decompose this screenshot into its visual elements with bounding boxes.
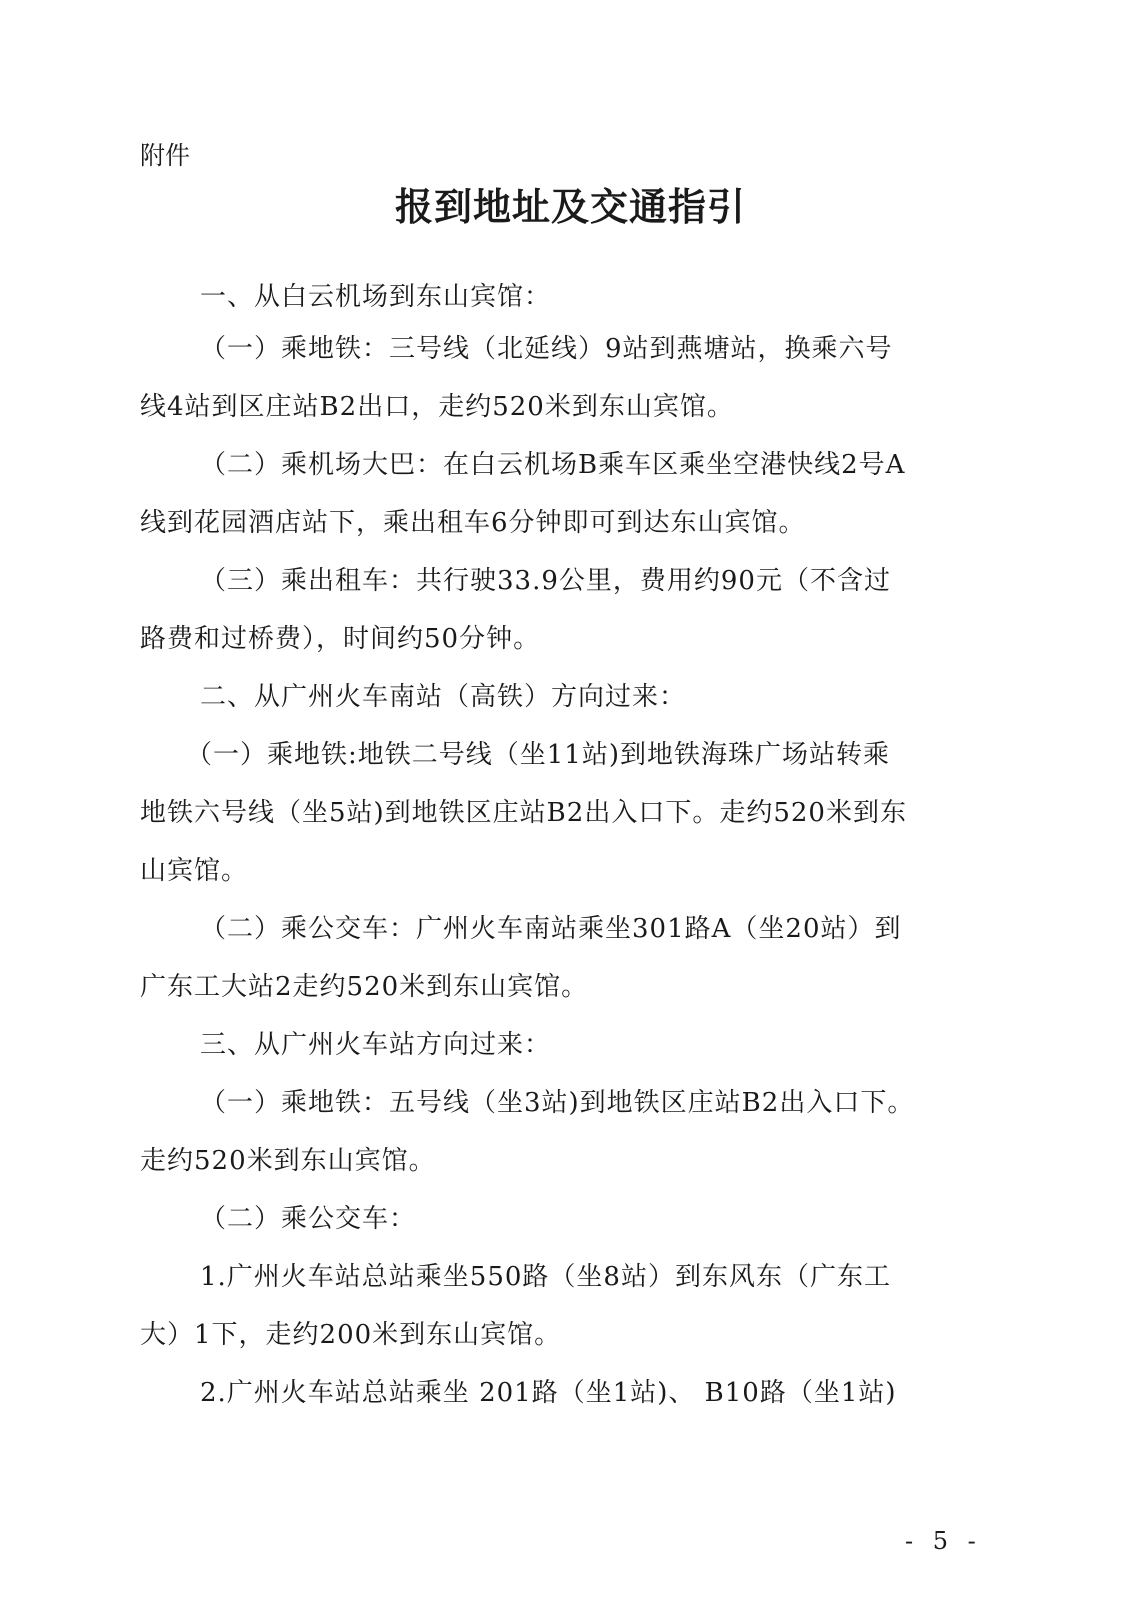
section-heading-south-station: 二、从广州火车南站（高铁）方向过来： — [200, 676, 960, 713]
section-heading-airport: 一、从白云机场到东山宾馆： — [200, 276, 960, 313]
annex-label: 附件 — [140, 136, 190, 172]
paragraph-line: 山宾馆。 — [140, 850, 960, 887]
paragraph-line: 1.广州火车站总站乘坐550路（坐8站）到东风东（广东工 — [200, 1256, 960, 1293]
paragraph-line: 走约520米到东山宾馆。 — [140, 1140, 960, 1177]
paragraph-line: 广东工大站2走约520米到东山宾馆。 — [140, 966, 960, 1003]
page-number: - 5 - — [905, 1527, 982, 1555]
paragraph-line: （一）乘地铁：三号线（北延线）9站到燕塘站，换乘六号 — [200, 328, 960, 365]
paragraph-line: （二）乘公交车：广州火车南站乘坐301路A（坐20站）到 — [200, 908, 960, 945]
paragraph-line: 地铁六号线（坐5站)到地铁区庄站B2出入口下。走约520米到东 — [140, 792, 960, 829]
paragraph-line: 线4站到区庄站B2出口，走约520米到东山宾馆。 — [140, 386, 960, 423]
paragraph-line: 2.广州火车站总站乘坐 201路（坐1站)、 B10路（坐1站) — [200, 1372, 960, 1409]
paragraph-line: （一）乘地铁:地铁二号线（坐11站)到地铁海珠广场站转乘 — [186, 734, 946, 771]
paragraph-line: 大）1下，走约200米到东山宾馆。 — [140, 1314, 960, 1351]
paragraph-line: （二）乘公交车： — [200, 1198, 960, 1235]
section-heading-railway-station: 三、从广州火车站方向过来： — [200, 1024, 960, 1061]
document-title: 报到地址及交通指引 — [0, 176, 1131, 231]
paragraph-line: 路费和过桥费），时间约50分钟。 — [140, 618, 960, 655]
paragraph-line: （一）乘地铁：五号线（坐3站)到地铁区庄站B2出入口下。 — [200, 1082, 960, 1119]
paragraph-line: （二）乘机场大巴：在白云机场B乘车区乘坐空港快线2号A — [200, 444, 960, 481]
paragraph-line: （三）乘出租车：共行驶33.9公里，费用约90元（不含过 — [200, 560, 960, 597]
paragraph-line: 线到花园酒店站下，乘出租车6分钟即可到达东山宾馆。 — [140, 502, 960, 539]
